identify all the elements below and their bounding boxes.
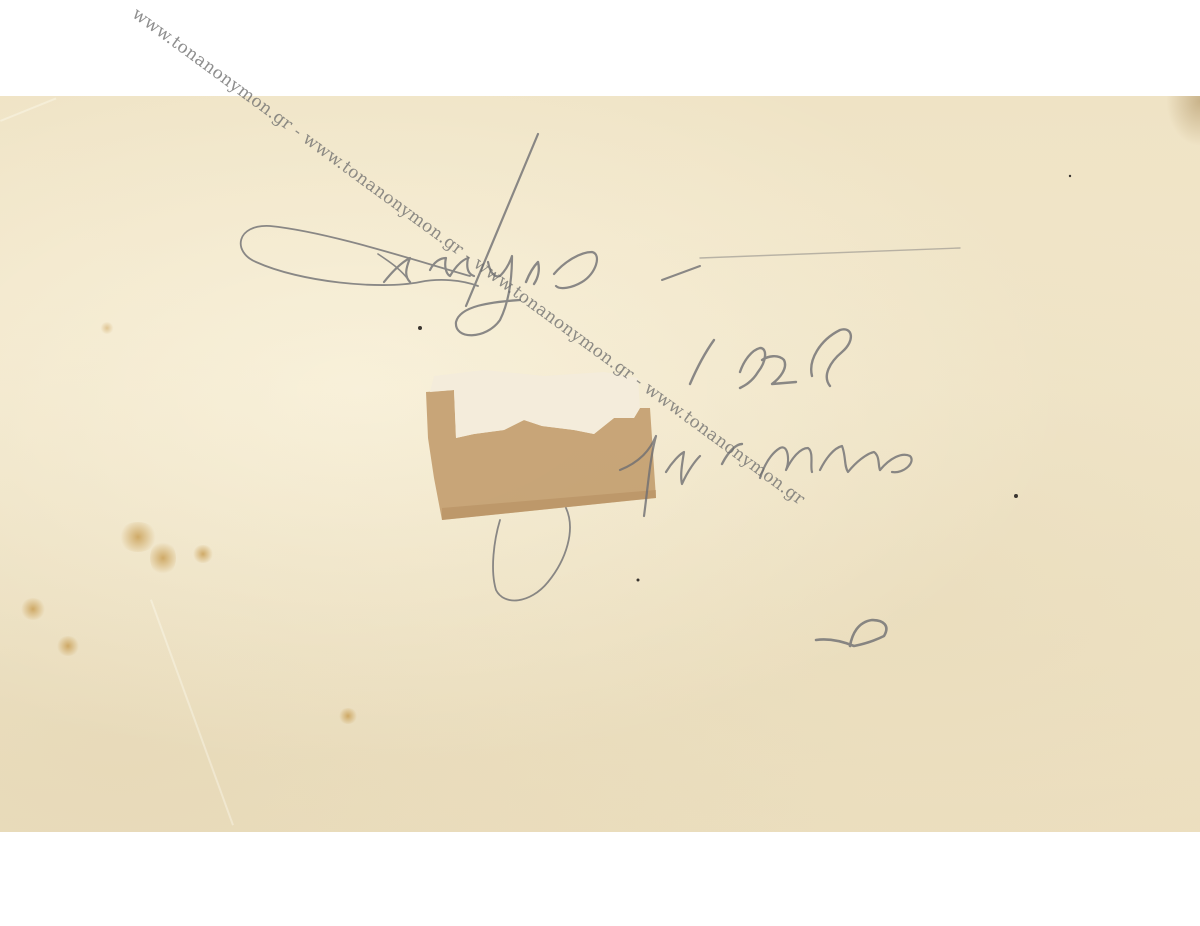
pencil-inscription: [0, 0, 1200, 926]
